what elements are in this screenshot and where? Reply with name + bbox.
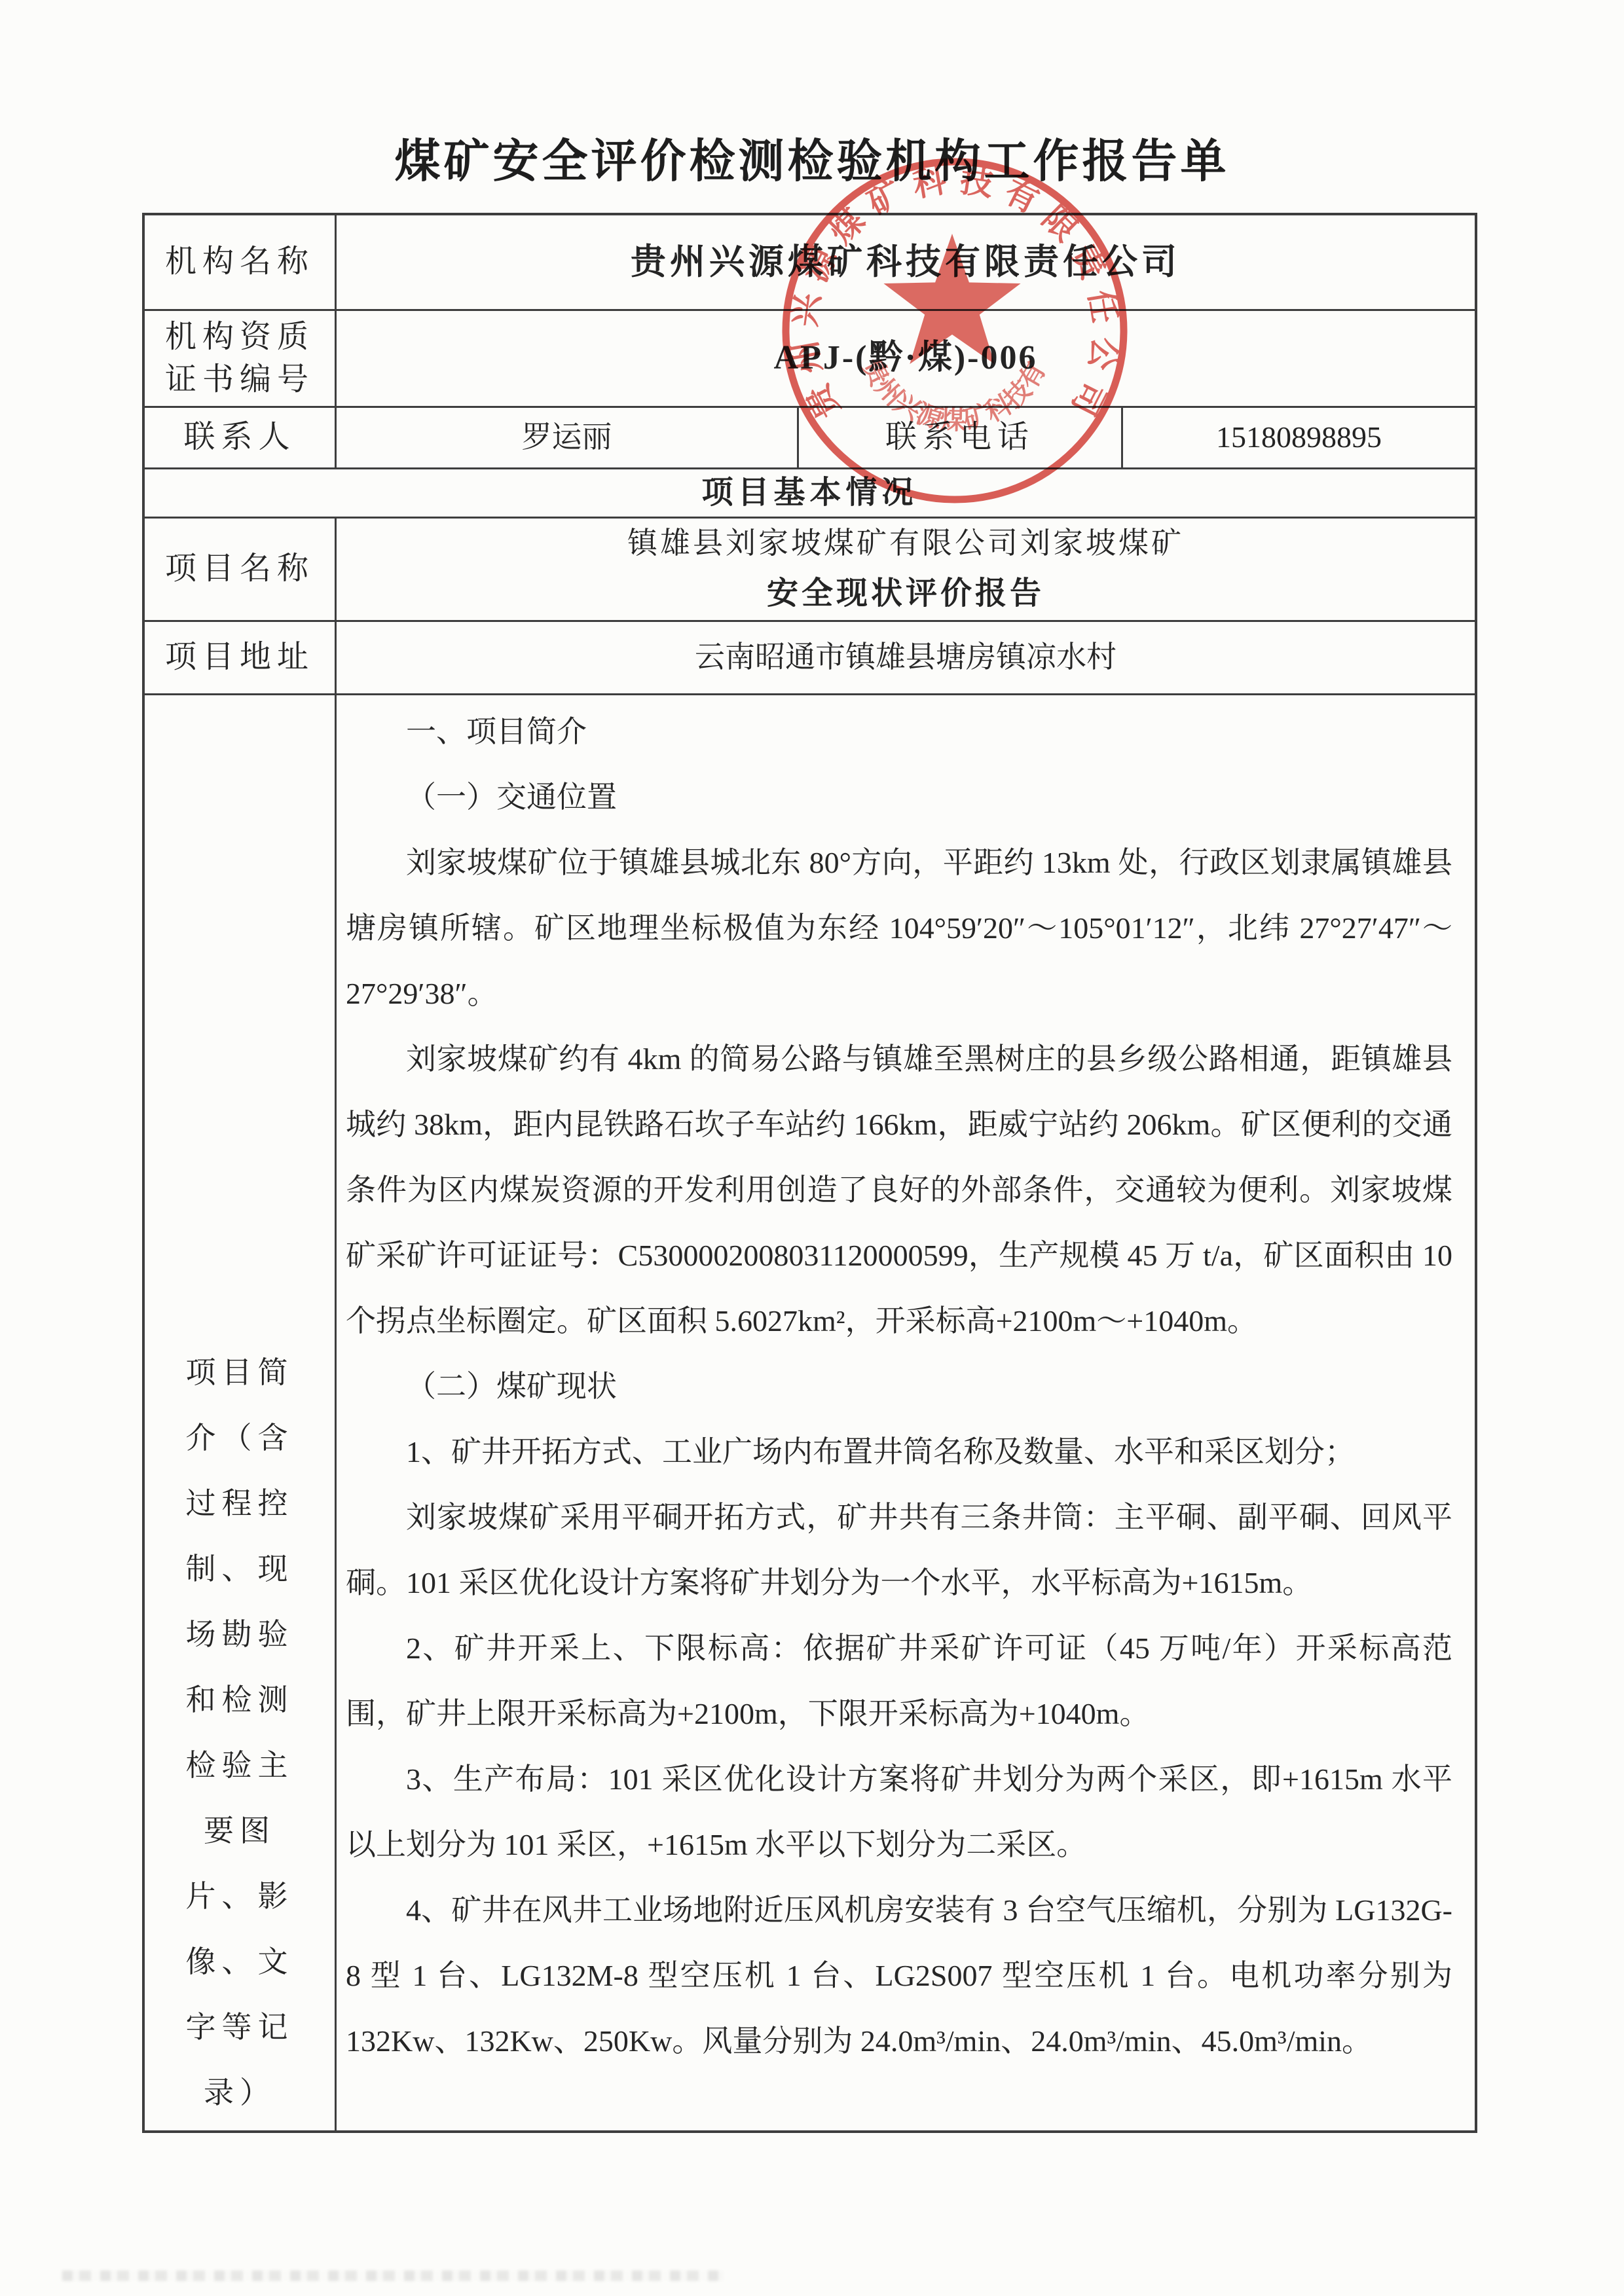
- cert-number-label-text: 机构资质证书编号: [164, 316, 315, 401]
- report-table: 机构名称 贵州兴源煤矿科技有限责任公司 机构资质证书编号 APJ-(黔·煤)-0…: [142, 213, 1477, 2133]
- project-address-value-text: 云南昭通市镇雄县塘房镇凉水村: [695, 637, 1116, 678]
- phone-label-text: 联系电话: [885, 416, 1035, 459]
- contact-label-text: 联系人: [183, 416, 295, 459]
- project-name-line1: 镇雄县刘家坡煤矿有限公司刘家坡煤矿: [627, 523, 1184, 564]
- contact-value-text: 罗运丽: [522, 417, 612, 458]
- cert-number-value-text: APJ-(黔·煤)-006: [774, 335, 1038, 381]
- phone-value-text: 15180898895: [1216, 417, 1382, 458]
- org-name-value: 贵州兴源煤矿科技有限责任公司: [335, 215, 1475, 309]
- section-header-project-basics: 项目基本情况: [145, 467, 1475, 517]
- project-intro-body: 一、项目简介（一）交通位置刘家坡煤矿位于镇雄县城北东 80°方向，平距约 13k…: [335, 693, 1475, 2130]
- project-address-label: 项目地址: [145, 620, 335, 693]
- project-address-value: 云南昭通市镇雄县塘房镇凉水村: [335, 620, 1475, 693]
- bleed-through-artifact: [62, 2270, 724, 2281]
- phone-label: 联系电话: [797, 406, 1121, 467]
- project-name-label: 项目名称: [145, 517, 335, 620]
- page-title: 煤矿安全评价检测检验机构工作报告单: [0, 124, 1624, 191]
- intro-paragraph: 一、项目简介: [346, 699, 1452, 765]
- project-name-value: 镇雄县刘家坡煤矿有限公司刘家坡煤矿 安全现状评价报告: [335, 517, 1475, 620]
- intro-paragraph: 刘家坡煤矿采用平硐开拓方式，矿井共有三条井筒：主平硐、副平硐、回风平硐。101 …: [346, 1485, 1452, 1616]
- project-intro-label-text: 项目简介（含过程控制、现场勘验和检测检验主要图片、影像、文字等记录）: [170, 1340, 309, 2126]
- phone-value: 15180898895: [1121, 406, 1475, 467]
- intro-paragraph: 2、矿井开采上、下限标高：依据矿井采矿许可证（45 万吨/年）开采标高范围，矿井…: [346, 1616, 1452, 1747]
- project-name-line2: 安全现状评价报告: [767, 573, 1044, 615]
- intro-paragraph: 3、生产布局：101 采区优化设计方案将矿井划分为两个采区，即+1615m 水平…: [346, 1747, 1452, 1878]
- intro-paragraph: 刘家坡煤矿约有 4km 的简易公路与镇雄至黑树庄的县乡级公路相通，距镇雄县城约 …: [346, 1027, 1452, 1354]
- org-name-value-text: 贵州兴源煤矿科技有限责任公司: [631, 238, 1181, 286]
- intro-paragraph: 4、矿井在风井工业场地附近压风机房安装有 3 台空气压缩机，分别为 LG132G…: [346, 1878, 1452, 2074]
- scanned-report-page: { "page": { "title": "煤矿安全评价检测检验机构工作报告单"…: [0, 0, 1624, 2296]
- contact-label: 联系人: [145, 406, 335, 467]
- project-address-label-text: 项目地址: [165, 636, 314, 679]
- cert-number-value: APJ-(黔·煤)-006: [335, 309, 1475, 406]
- cert-number-label: 机构资质证书编号: [145, 309, 335, 406]
- project-intro-label: 项目简介（含过程控制、现场勘验和检测检验主要图片、影像、文字等记录）: [145, 693, 335, 2130]
- section-header-text: 项目基本情况: [701, 472, 917, 515]
- intro-paragraph: 刘家坡煤矿位于镇雄县城北东 80°方向，平距约 13km 处，行政区划隶属镇雄县…: [346, 830, 1452, 1027]
- intro-paragraph: （一）交通位置: [346, 765, 1452, 830]
- intro-paragraph: 1、矿井开拓方式、工业广场内布置井筒名称及数量、水平和采区划分；: [346, 1419, 1452, 1485]
- intro-paragraph: （二）煤矿现状: [346, 1354, 1452, 1419]
- org-name-label-text: 机构名称: [165, 241, 314, 283]
- project-name-label-text: 项目名称: [165, 548, 314, 591]
- org-name-label: 机构名称: [145, 215, 335, 309]
- contact-value: 罗运丽: [335, 406, 797, 467]
